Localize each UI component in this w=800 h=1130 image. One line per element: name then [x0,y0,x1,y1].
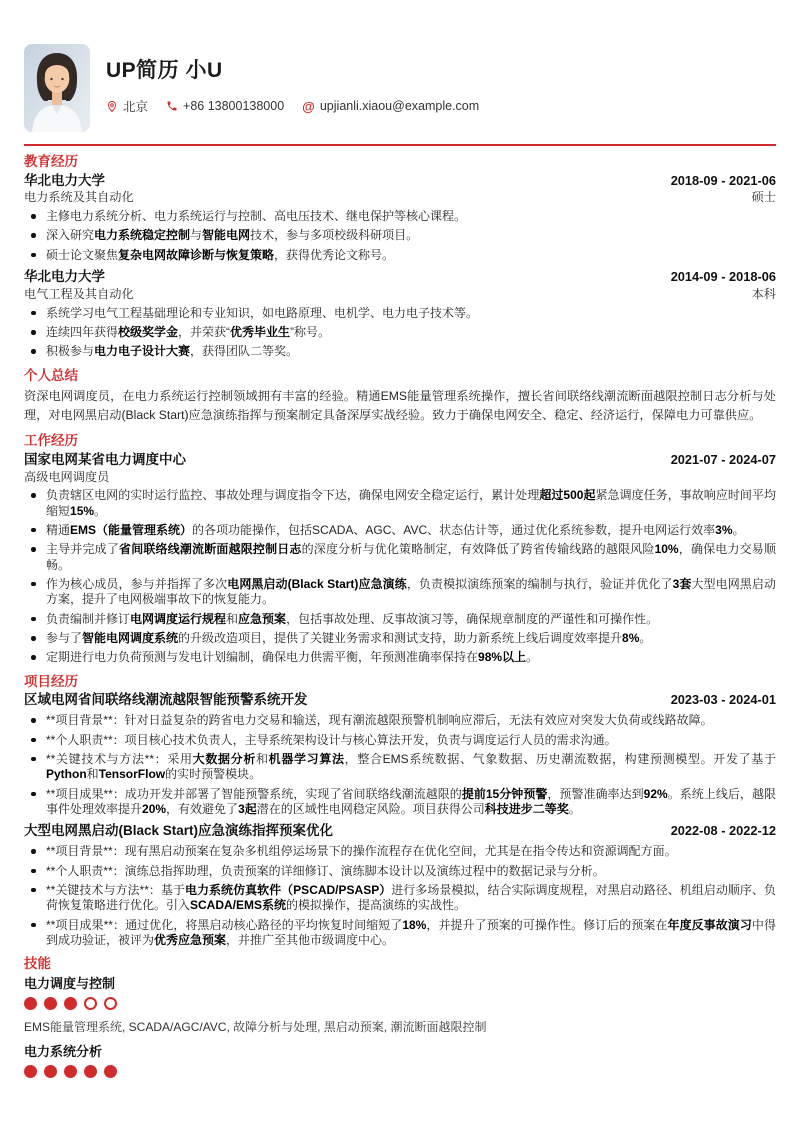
section-projects: 项目经历 区域电网省间联络线潮流越限智能预警系统开发 2023-03 - 202… [24,673,776,949]
phone-icon [166,100,178,112]
education-date: 2014-09 - 2018-06 [671,269,776,284]
skill-name: 电力系统分析 [24,1044,776,1060]
bullet-item: 参与了智能电网调度系统的升级改造项目，提供了关键业务需求和测试支持，助力新系统上… [24,631,776,646]
project-date: 2022-08 - 2022-12 [671,823,776,838]
candidate-name: UP简历 小U [106,54,479,84]
bullet-item: 深入研究电力系统稳定控制与智能电网技术，参与多项校级科研项目。 [24,228,776,243]
bullet-item: **个人职责**：演练总指挥助理，负责预案的详细修订、演练脚本设计以及演练过程中… [24,864,776,879]
section-title-projects: 项目经历 [24,673,776,691]
section-title-summary: 个人总结 [24,367,776,385]
summary-text: 资深电网调度员，在电力系统运行控制领域拥有丰富的经验。精通EMS能量管理系统操作… [24,387,776,425]
degree-name: 本科 [752,287,776,302]
bullet-item: **关键技术与方法**：采用大数据分析和机器学习算法，整合EMS系统数据、气象数… [24,752,776,783]
header-divider [24,144,776,146]
education-date: 2018-09 - 2021-06 [671,173,776,188]
bullet-item: **项目成果**：通过优化，将黑启动核心路径的平均恢复时间缩短了18%，并提升了… [24,918,776,949]
school-name: 华北电力大学 [24,173,105,190]
skill-rating-dot [64,997,77,1010]
resume-page: UP简历 小U 北京 +86 13800138000 @ upjianli. [0,0,800,1130]
bullet-item: **项目成果**：成功开发并部署了智能预警系统，实现了省间联络线潮流越限的提前1… [24,787,776,818]
section-education: 教育经历 华北电力大学 2018-09 - 2021-06 电力系统及其自动化 … [24,153,776,360]
bullet-item: 主导并完成了省间联络线潮流断面越限控制日志的深度分析与优化策略制定，有效降低了跨… [24,542,776,573]
major-name: 电力系统及其自动化 [24,190,134,205]
project-bullets: **项目背景**：针对日益复杂的跨省电力交易和输送，现有潮流越限预警机制响应滞后… [24,713,776,817]
bullet-item: 系统学习电气工程基础理论和专业知识，如电路原理、电机学、电力电子技术等。 [24,306,776,321]
bullet-item: 作为核心成员，参与并指挥了多次电网黑启动(Black Start)应急演练，负责… [24,577,776,608]
section-summary: 个人总结 资深电网调度员，在电力系统运行控制领域拥有丰富的经验。精通EMS能量管… [24,367,776,425]
bullet-item: **个人职责**：项目核心技术负责人，主导系统架构设计与核心算法开发，负责与调度… [24,733,776,748]
education-entry: 华北电力大学 2014-09 - 2018-06 电气工程及其自动化 本科 系统… [24,269,776,360]
bullet-item: **关键技术与方法**：基于电力系统仿真软件（PSCAD/PSASP）进行多场景… [24,883,776,914]
project-name: 大型电网黑启动(Black Start)应急演练指挥预案优化 [24,823,333,840]
skill-item: 电力调度与控制 EMS能量管理系统, SCADA/AGC/AVC, 故障分析与处… [24,976,776,1035]
avatar-photo [24,44,90,132]
major-name: 电气工程及其自动化 [24,287,134,302]
location-text: 北京 [123,97,148,115]
bullet-item: **项目背景**：现有黑启动预案在复杂多机组停运场景下的操作流程存在优化空间，尤… [24,844,776,859]
bullet-item: 主修电力系统分析、电力系统运行与控制、高电压技术、继电保护等核心课程。 [24,209,776,224]
bullet-item: **项目背景**：针对日益复杂的跨省电力交易和输送，现有潮流越限预警机制响应滞后… [24,713,776,728]
bullet-item: 定期进行电力负荷预测与发电计划编制，确保电力供需平衡，年预测准确率保持在98%以… [24,650,776,665]
bullet-item: 硕士论文聚焦复杂电网故障诊断与恢复策略，获得优秀论文称号。 [24,248,776,263]
job-title: 高级电网调度员 [24,470,109,485]
contact-email: @ upjianli.xiaou@example.com [302,99,479,113]
bullet-item: 负责辖区电网的实时运行监控、事故处理与调度指令下达，确保电网安全稳定运行，累计处… [24,488,776,519]
contact-location: 北京 [106,97,148,115]
education-bullets: 主修电力系统分析、电力系统运行与控制、高电压技术、继电保护等核心课程。 深入研究… [24,209,776,263]
school-name: 华北电力大学 [24,269,105,286]
work-date: 2021-07 - 2024-07 [671,452,776,467]
section-skills: 技能 电力调度与控制 EMS能量管理系统, SCADA/AGC/AVC, 故障分… [24,955,776,1078]
project-date: 2023-03 - 2024-01 [671,692,776,707]
email-text: upjianli.xiaou@example.com [320,99,479,113]
project-entry: 区域电网省间联络线潮流越限智能预警系统开发 2023-03 - 2024-01 … [24,692,776,817]
skill-name: 电力调度与控制 [24,976,776,992]
location-icon [106,100,118,113]
project-name: 区域电网省间联络线潮流越限智能预警系统开发 [24,692,308,709]
contact-row: 北京 +86 13800138000 @ upjianli.xiaou@exam… [106,97,479,115]
skill-rating-dot [84,997,97,1010]
education-entry: 华北电力大学 2018-09 - 2021-06 电力系统及其自动化 硕士 主修… [24,173,776,264]
section-title-skills: 技能 [24,955,776,973]
phone-text: +86 13800138000 [183,99,284,113]
bullet-item: 连续四年获得校级奖学金，并荣获“优秀毕业生”称号。 [24,325,776,340]
bullet-item: 积极参与电力电子设计大赛，获得团队二等奖。 [24,344,776,359]
resume-header: UP简历 小U 北京 +86 13800138000 @ upjianli. [24,44,776,132]
skill-rating [24,1065,776,1078]
skill-rating-dot [24,1065,37,1078]
skill-rating-dot [104,1065,117,1078]
contact-phone: +86 13800138000 [166,99,284,113]
bullet-item: 负责编制并修订电网调度运行规程和应急预案，包括事故处理、反事故演习等，确保规章制… [24,612,776,627]
bullet-item: 精通EMS（能量管理系统）的各项功能操作，包括SCADA、AGC、AVC、状态估… [24,523,776,538]
work-bullets: 负责辖区电网的实时运行监控、事故处理与调度指令下达，确保电网安全稳定运行，累计处… [24,488,776,666]
company-name: 国家电网某省电力调度中心 [24,452,186,469]
skill-rating [24,997,776,1010]
skill-rating-dot [64,1065,77,1078]
section-title-work: 工作经历 [24,432,776,450]
skill-rating-dot [104,997,117,1010]
skill-rating-dot [44,997,57,1010]
work-entry: 国家电网某省电力调度中心 2021-07 - 2024-07 高级电网调度员 负… [24,452,776,666]
skill-desc: EMS能量管理系统, SCADA/AGC/AVC, 故障分析与处理, 黑启动预案… [24,1018,776,1035]
skill-rating-dot [44,1065,57,1078]
email-icon: @ [302,100,315,113]
education-bullets: 系统学习电气工程基础理论和专业知识，如电路原理、电机学、电力电子技术等。 连续四… [24,306,776,360]
section-title-education: 教育经历 [24,153,776,171]
section-work: 工作经历 国家电网某省电力调度中心 2021-07 - 2024-07 高级电网… [24,432,776,666]
project-entry: 大型电网黑启动(Black Start)应急演练指挥预案优化 2022-08 -… [24,823,776,948]
skill-rating-dot [24,997,37,1010]
skill-rating-dot [84,1065,97,1078]
project-bullets: **项目背景**：现有黑启动预案在复杂多机组停运场景下的操作流程存在优化空间，尤… [24,844,776,948]
skill-item: 电力系统分析 [24,1044,776,1078]
degree-name: 硕士 [752,190,776,205]
